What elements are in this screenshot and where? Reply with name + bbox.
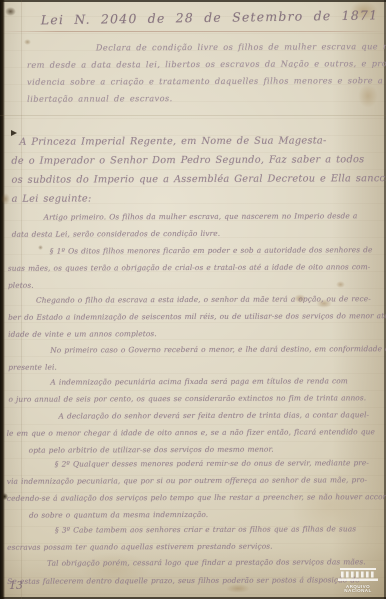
paragraph2-line: § 2º Qualquer desses menores poderá remi… — [55, 458, 369, 468]
manuscript-text-layer: Lei N. 2040 de 28 de Setembro de 1871 De… — [0, 0, 386, 599]
article1-line: Artigo primeiro. Os filhos da mulher esc… — [44, 211, 358, 221]
paragraph3-line: escravas possam ter quando aquellas esti… — [7, 542, 273, 552]
paragraph-chegando-line: Chegando o filho da escrava a esta idade… — [36, 294, 371, 304]
paragraph-indemnizacao-line: A indemnização pecuniária acima fixada s… — [50, 376, 348, 386]
paragraph-declaracao-line: opta pelo arbitrio de utilizar-se dos se… — [29, 445, 274, 455]
arquivo-nacional-building-icon — [337, 568, 379, 581]
paragraph-declaracao-line: A declaração do senhor deverá ser feita … — [58, 410, 369, 420]
ementa-line: Declara de condição livre os filhos de m… — [96, 41, 386, 52]
preamble-line: a Lei seguinte: — [12, 193, 92, 204]
paragraph3-line: § 3º Cabe tambem aos senhores criar e tr… — [55, 524, 356, 534]
paragraph1-line: pletos. — [8, 281, 34, 290]
ementa-line: libertação annual de escravos. — [27, 93, 173, 104]
watermark-label: ARQUIVO NACIONAL — [334, 585, 382, 594]
paragraph-chegando-line: idade de vinte e um annos completos. — [8, 329, 157, 339]
paragraph-obrigacao-line: Se estas fallecerem dentro daquelle praz… — [7, 575, 360, 586]
preamble-line: A Princeza Imperial Regente, em Nome de … — [19, 135, 326, 147]
preamble-line: os subditos do Imperio que a Assembléa G… — [11, 173, 386, 186]
paragraph-chegando-line: ber do Estado a indemnização de seiscent… — [8, 311, 386, 322]
manuscript-page: Lei N. 2040 de 28 de Setembro de 1871 De… — [0, 0, 386, 599]
paragraph2-line: do sobre o quantum da mesma indemnização… — [29, 510, 208, 520]
ementa-line: videncia sobre a criação e tratamento da… — [27, 75, 383, 87]
paragraph-declaracao-line: le em que o menor chegar á idade de oito… — [7, 427, 375, 438]
paragraph-primeiro-caso-line: No primeiro caso o Governo receberá o me… — [50, 344, 386, 355]
ementa-line: rem desde a data desta lei, libertos os … — [27, 58, 386, 70]
paragraph1-line: § 1º Os ditos filhos menores ficarão em … — [50, 245, 373, 255]
law-title: Lei N. 2040 de 28 de Setembro de 1871 — [41, 7, 379, 27]
arquivo-nacional-watermark: ARQUIVO NACIONAL — [334, 568, 382, 594]
page-number: 13 — [9, 579, 23, 592]
paragraph2-line: cedendo-se á avaliação dos serviços pelo… — [7, 492, 386, 503]
preamble-line: de o Imperador o Senhor Dom Pedro Segund… — [11, 154, 364, 167]
paragraph-primeiro-caso-line: presente lei. — [8, 363, 57, 372]
paragraph-indemnizacao-line: o juro annual de seis por cento, os quae… — [8, 393, 366, 404]
paragraph1-line: suas mães, os quaes terão a obrigação de… — [8, 262, 370, 273]
paragraph2-line: via indemnização pecuniaria, que por si … — [7, 475, 367, 486]
paragraph-obrigacao-line: Tal obrigação porém, cessará logo que fi… — [47, 557, 366, 567]
article1-line: data desta Lei, serão considerados de co… — [12, 229, 221, 239]
